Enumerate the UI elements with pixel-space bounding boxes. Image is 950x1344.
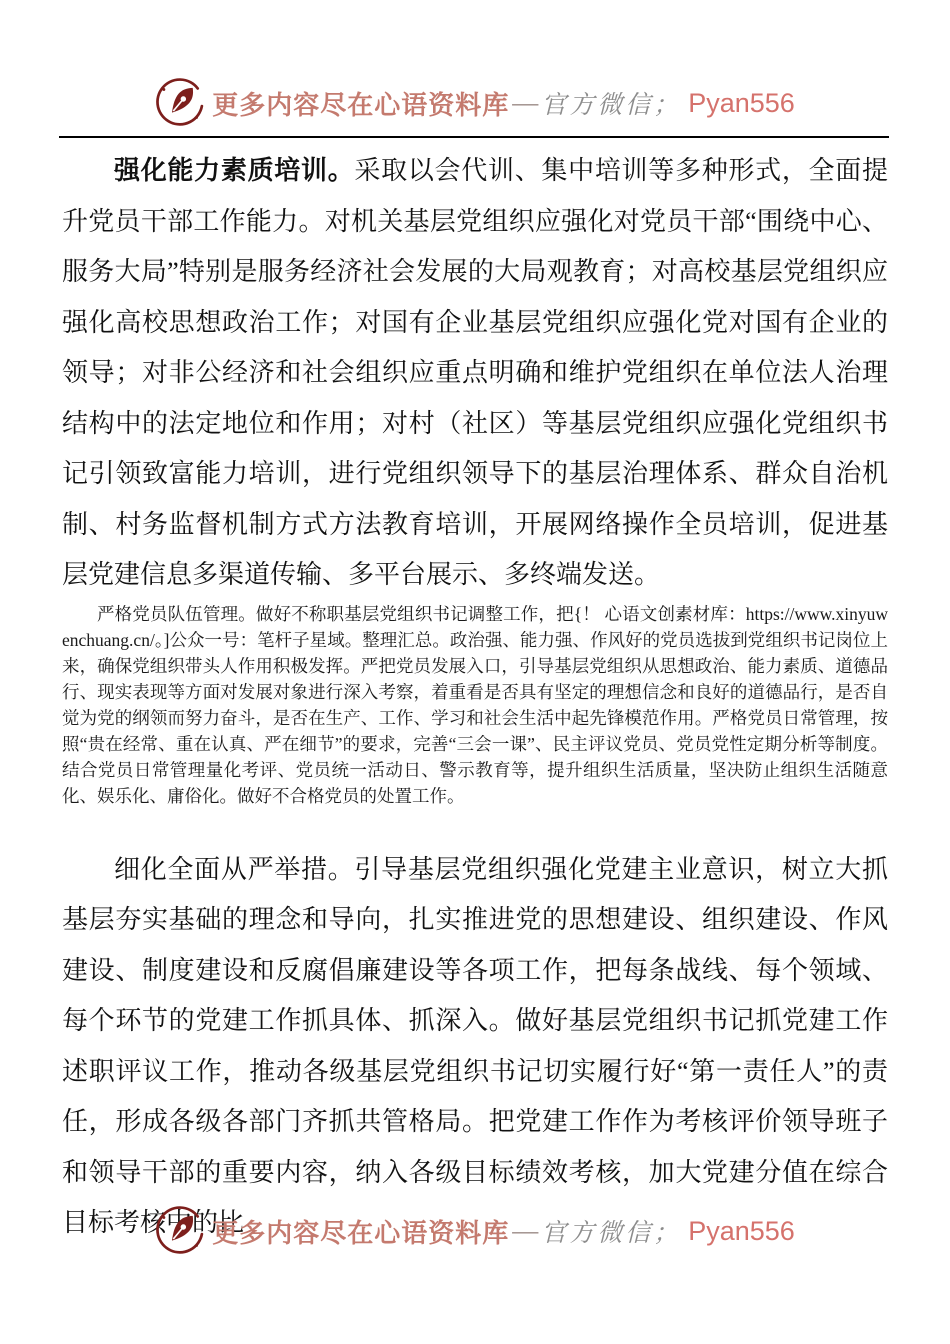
banner-wechat-id: Pyan556: [688, 1216, 795, 1247]
document-page: 更多内容尽在心语资料库 — 官方微信； Pyan556 强化能力素质培训。采取以…: [0, 0, 950, 1344]
pen-nib-logo-icon: [155, 78, 205, 128]
header-watermark-banner: 更多内容尽在心语资料库 — 官方微信； Pyan556: [0, 78, 950, 128]
banner-wechat-id: Pyan556: [688, 88, 795, 119]
paragraph-member-management: 严格党员队伍管理。做好不称职基层党组织书记调整工作，把{！ 心语文创素材库：ht…: [62, 601, 888, 809]
banner-brand-text: 更多内容尽在心语资料库: [212, 85, 509, 122]
header-divider: [59, 136, 889, 138]
banner-wechat-label: 官方微信；: [541, 1213, 681, 1249]
paragraph-lead-bold: 强化能力素质培训。: [114, 156, 354, 185]
paragraph-strict-measures: 细化全面从严举措。引导基层党组织强化党建主业意识，树立大抓基层夯实基础的理念和导…: [62, 845, 888, 1249]
pen-nib-logo-icon: [155, 1206, 205, 1256]
banner-dash: —: [512, 1216, 538, 1246]
paragraph-capacity-training: 强化能力素质培训。采取以会代训、集中培训等多种形式，全面提升党员干部工作能力。对…: [62, 146, 888, 601]
paragraph-body-text: 采取以会代训、集中培训等多种形式，全面提升党员干部工作能力。对机关基层党组织应强…: [62, 156, 888, 589]
footer-watermark-banner: 更多内容尽在心语资料库 — 官方微信； Pyan556: [0, 1206, 950, 1256]
banner-brand-text: 更多内容尽在心语资料库: [212, 1213, 509, 1250]
banner-dash: —: [512, 88, 538, 118]
banner-wechat-label: 官方微信；: [541, 85, 681, 121]
document-content: 强化能力素质培训。采取以会代训、集中培训等多种形式，全面提升党员干部工作能力。对…: [62, 146, 888, 1249]
